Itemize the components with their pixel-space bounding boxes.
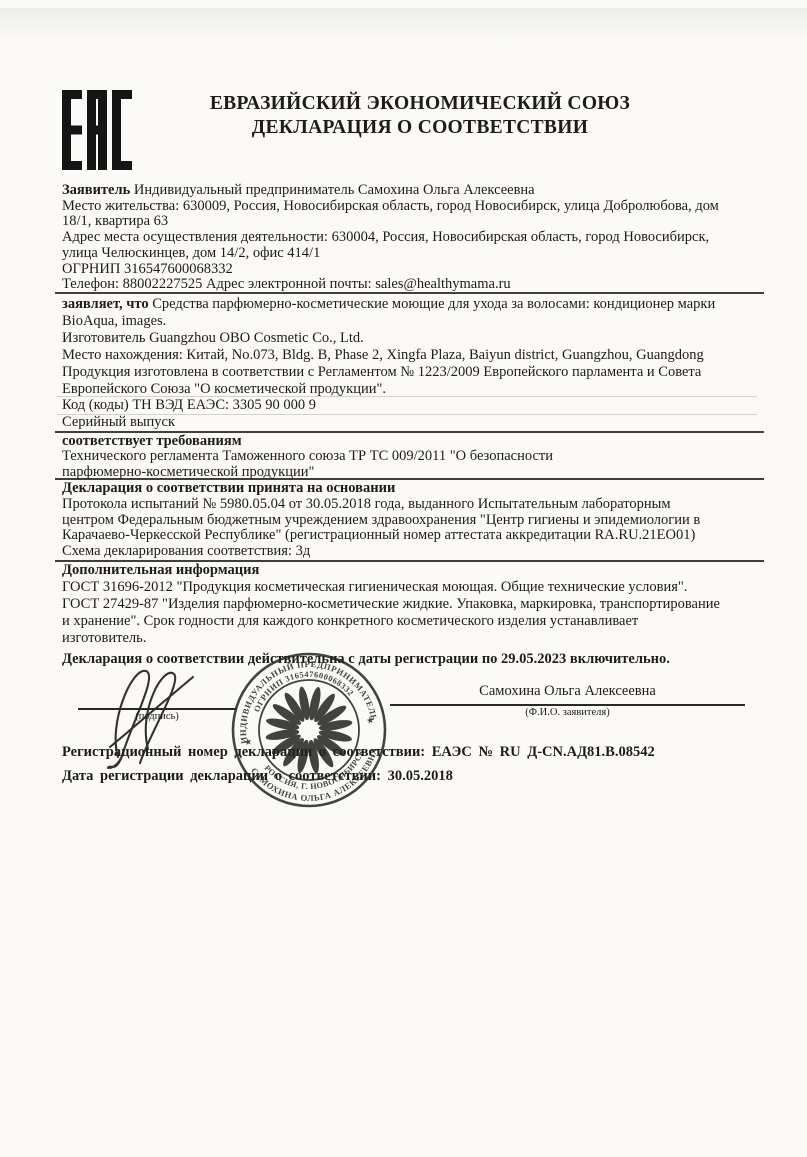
fio-caption: (Ф.И.О. заявителя) [390, 707, 745, 718]
statement-section: заявляет, что Средства парфюмерно-космет… [62, 296, 715, 431]
faint-row-line [57, 414, 757, 415]
gost-line: ГОСТ 31696-2012 "Продукция косметическая… [62, 579, 720, 596]
applicant-line: Место жительства: 630009, Россия, Новоси… [62, 199, 719, 215]
applicant-line: улица Челюскинцев, дом 14/2, офис 414/1 [62, 246, 719, 262]
applicant-fullname: Самохина Ольга Алексеевна [390, 683, 745, 700]
statement-line: заявляет, что Средства парфюмерно-космет… [62, 296, 715, 313]
applicant-line: Адрес места осуществления деятельности: … [62, 230, 719, 246]
declaration-scheme: Схема декларирования соответствия: 3д [62, 544, 700, 560]
signature-caption: (подпись) [78, 711, 236, 722]
compliance-line: Технического регламента Таможенного союз… [62, 449, 553, 464]
gost-line: изготовитель. [62, 630, 720, 647]
applicant-section: Заявитель Индивидуальный предприниматель… [62, 183, 719, 293]
stamp-star-right-icon: ★ [365, 715, 375, 726]
declaration-title: ДЕКЛАРАЦИЯ О СООТВЕТСТВИИ [80, 116, 760, 140]
gost-line: ГОСТ 27429-87 "Изделия парфюмерно-космет… [62, 596, 720, 613]
basis-heading: Декларация о соответствии принята на осн… [62, 481, 700, 497]
stamp-star-left-icon: ★ [243, 736, 253, 747]
applicant-line: Заявитель Индивидуальный предприниматель… [62, 183, 719, 199]
compliance-heading: соответствует требованиям [62, 434, 553, 449]
gost-line: и хранение". Срок годности для каждого к… [62, 613, 720, 630]
faint-row-line [57, 396, 757, 397]
tnved-code: Код (коды) ТН ВЭД ЕАЭС: 3305 90 000 9 [62, 397, 715, 414]
applicant-ogrnip: ОГРНИП 316547600068332 [62, 262, 719, 278]
additional-info-section: Дополнительная информация ГОСТ 31696-201… [62, 562, 720, 647]
basis-line: центром Федеральным бюджетным учреждение… [62, 513, 700, 529]
registration-number-value: ЕАЭС № RU Д-CN.АД81.В.08542 [432, 744, 655, 760]
applicant-label: Заявитель [62, 182, 130, 198]
basis-line: Протокола испытаний № 5980.05.04 от 30.0… [62, 497, 700, 513]
product-brand: BioAqua, images. [62, 313, 715, 330]
round-stamp: ИНДИВИДУАЛЬНЫЙ ПРЕДПРИНИМАТЕЛЬ ОГРНИП 31… [216, 637, 401, 822]
applicant-line: 18/1, квартира 63 [62, 214, 719, 230]
applicant-name: Индивидуальный предприниматель Самохина … [130, 182, 534, 198]
union-title: ЕВРАЗИЙСКИЙ ЭКОНОМИЧЕСКИЙ СОЮЗ [80, 92, 760, 116]
document-title: ЕВРАЗИЙСКИЙ ЭКОНОМИЧЕСКИЙ СОЮЗ ДЕКЛАРАЦИ… [80, 92, 760, 139]
divider [55, 292, 764, 294]
additional-heading: Дополнительная информация [62, 562, 720, 579]
compliance-section: соответствует требованиям Технического р… [62, 434, 553, 480]
serial-issue: Серийный выпуск [62, 414, 715, 431]
product-description: Средства парфюмерно-косметические моющие… [149, 296, 716, 312]
scanned-declaration-page: { "header": { "line1": "ЕВРАЗИЙСКИЙ ЭКОН… [0, 0, 807, 1157]
basis-section: Декларация о соответствии принята на осн… [62, 481, 700, 560]
basis-line: Карачаево-Черкесской Республике" (регист… [62, 528, 700, 544]
regulation-line: Европейского Союза "О косметической прод… [62, 381, 715, 398]
signature-line [78, 708, 236, 710]
scan-artifact-band [0, 8, 807, 38]
statement-label: заявляет, что [62, 296, 149, 312]
manufacturer-line: Изготовитель Guangzhou OBO Cosmetic Co.,… [62, 330, 715, 347]
fio-line [390, 704, 745, 706]
regulation-line: Продукция изготовлена в соответствии с Р… [62, 364, 715, 381]
applicant-phone-email: Телефон: 88002227525 Адрес электронной п… [62, 277, 719, 293]
manufacturer-address: Место нахождения: Китай, No.073, Bldg. B… [62, 347, 715, 364]
